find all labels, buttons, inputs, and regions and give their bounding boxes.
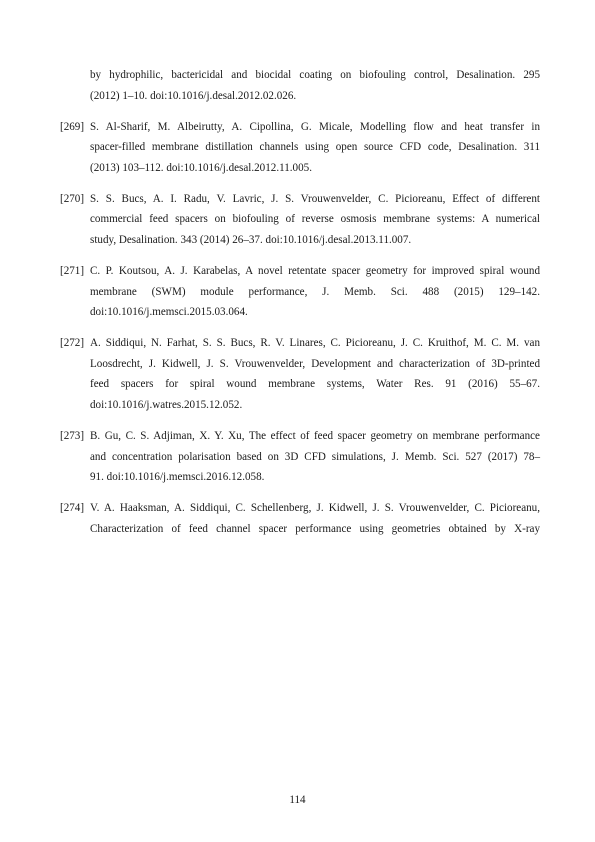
reference-text-line: V. A. Haaksman, A. Siddiqui, C. Schellen… (90, 501, 540, 515)
reference-number: [273] (60, 429, 84, 443)
reference-text-line: and concentration polarisation based on … (90, 450, 540, 464)
reference-number: [271] (60, 264, 84, 278)
reference-number: [269] (60, 120, 84, 134)
reference-text-line: doi:10.1016/j.memsci.2015.03.064. (90, 305, 540, 319)
reference-text-line: (2012) 1–10. doi:10.1016/j.desal.2012.02… (90, 89, 540, 103)
reference-text-line: study, Desalination. 343 (2014) 26–37. d… (90, 233, 540, 247)
reference-number: [272] (60, 336, 84, 350)
reference-text-line: B. Gu, C. S. Adjiman, X. Y. Xu, The effe… (90, 429, 540, 443)
reference-text-line: commercial feed spacers on biofouling of… (90, 212, 540, 226)
document-page: by hydrophilic, bactericidal and biocida… (0, 0, 595, 842)
reference-number: [274] (60, 501, 84, 515)
reference-text-line: doi:10.1016/j.watres.2015.12.052. (90, 398, 540, 412)
reference-text-line: Loosdrecht, J. Kidwell, J. S. Vrouwenvel… (90, 357, 540, 371)
reference-text-line: spacer-filled membrane distillation chan… (90, 140, 540, 154)
reference-number: [270] (60, 192, 84, 206)
reference-text-line: A. Siddiqui, N. Farhat, S. S. Bucs, R. V… (90, 336, 540, 350)
reference-text-line: S. S. Bucs, A. I. Radu, V. Lavric, J. S.… (90, 192, 540, 206)
page-number: 114 (0, 794, 595, 806)
reference-text-line: (2013) 103–112. doi:10.1016/j.desal.2012… (90, 161, 540, 175)
reference-text-line: C. P. Koutsou, A. J. Karabelas, A novel … (90, 264, 540, 278)
reference-text-line: 91. doi:10.1016/j.memsci.2016.12.058. (90, 470, 540, 484)
reference-text-line: membrane (SWM) module performance, J. Me… (90, 285, 540, 299)
reference-text-line: Characterization of feed channel spacer … (90, 522, 540, 536)
reference-text-line: S. Al-Sharif, M. Albeirutty, A. Cipollin… (90, 120, 540, 134)
reference-text-line: by hydrophilic, bactericidal and biocida… (90, 68, 540, 82)
reference-text-line: feed spacers for spiral wound membrane s… (90, 377, 540, 391)
